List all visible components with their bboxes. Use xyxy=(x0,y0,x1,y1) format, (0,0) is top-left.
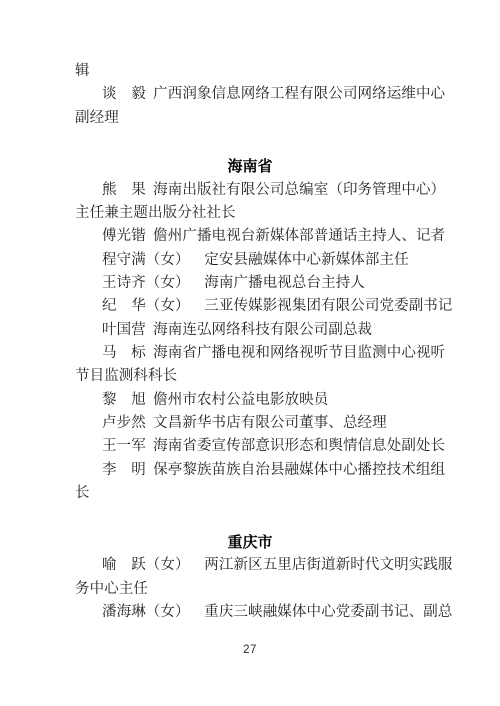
entry-wrap-line: 长 xyxy=(75,482,425,505)
entry-wrap-line: 务中心主任 xyxy=(75,578,425,601)
name-entry-line: 谈 毅 广西润象信息网络工程有限公司网络运维中心 xyxy=(75,83,425,106)
document-content: 辑 谈 毅 广西润象信息网络工程有限公司网络运维中心 副经理 海南省 熊 果 海… xyxy=(75,60,425,624)
entry-wrap-line: 主任兼主题出版分社社长 xyxy=(75,202,425,225)
name-entry-line: 王一军 海南省委宣传部意识形态和舆情信息处副处长 xyxy=(75,435,425,458)
section-title-chongqing: 重庆市 xyxy=(75,531,425,554)
name-entry-line: 王诗齐（女） 海南广播电视总台主持人 xyxy=(75,272,425,295)
name-entry-line: 喻 跃（女） 两江新区五里店街道新时代文明实践服 xyxy=(75,554,425,577)
section-title-hainan: 海南省 xyxy=(75,155,425,178)
entry-wrap-line: 节目监测科科长 xyxy=(75,365,425,388)
name-entry-line: 黎 旭 儋州市农村公益电影放映员 xyxy=(75,389,425,412)
name-entry-line: 卢步然 文昌新华书店有限公司董事、总经理 xyxy=(75,412,425,435)
name-entry-line: 马 标 海南省广播电视和网络视听节目监测中心视听 xyxy=(75,342,425,365)
name-entry-line: 纪 华（女） 三亚传媒影视集团有限公司党委副书记 xyxy=(75,295,425,318)
name-entry-line: 潘海琳（女） 重庆三峡融媒体中心党委副书记、副总 xyxy=(75,601,425,624)
carryover-wrap-line: 辑 xyxy=(75,60,425,83)
name-entry-line: 叶国营 海南连弘网络科技有限公司副总裁 xyxy=(75,319,425,342)
name-entry-line: 傅光锴 儋州广播电视台新媒体部普通话主持人、记者 xyxy=(75,225,425,248)
name-entry-line: 程守满（女） 定安县融媒体中心新媒体部主任 xyxy=(75,249,425,272)
document-page: 辑 谈 毅 广西润象信息网络工程有限公司网络运维中心 副经理 海南省 熊 果 海… xyxy=(0,0,500,706)
name-entry-line: 李 明 保亭黎族苗族自治县融媒体中心播控技术组组 xyxy=(75,459,425,482)
name-entry-line: 熊 果 海南出版社有限公司总编室（印务管理中心） xyxy=(75,179,425,202)
page-number: 27 xyxy=(0,644,500,656)
entry-wrap-line: 副经理 xyxy=(75,107,425,130)
